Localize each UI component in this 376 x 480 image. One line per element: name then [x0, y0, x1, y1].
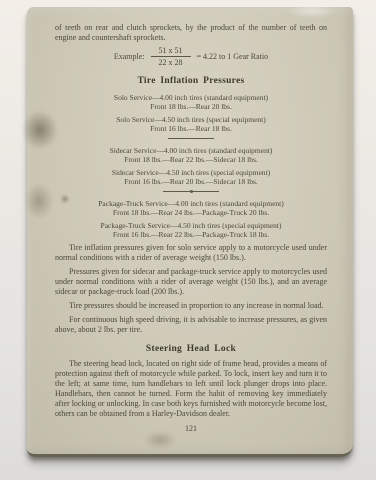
spec-package-truck-special: Package-Truck Service—4.50 inch tires (s…	[55, 221, 327, 239]
example-label: Example:	[114, 52, 145, 61]
gear-ratio-example: Example: 51 x 51 22 x 28 = 4.22 to 1 Gea…	[55, 46, 327, 67]
spec-service-line: Package-Truck Service—4.50 inch tires (s…	[55, 221, 327, 230]
spec-sidecar-special: Sidecar Service—4.50 inch tires (special…	[55, 168, 327, 186]
tire-pressures-heading: Tire Inflation Pressures	[55, 76, 327, 86]
steering-head-lock-paragraph: The steering head lock, located on right…	[55, 359, 327, 419]
solo-pressure-note: Tire inflation pressures given for solo …	[55, 243, 327, 263]
spec-service-line: Package-Truck Service—4.00 inch tires (s…	[55, 199, 327, 208]
section-divider	[163, 191, 219, 192]
example-result: = 4.22 to 1 Gear Ratio	[197, 52, 269, 61]
scanned-manual-page: of teeth on rear and clutch sprockets, b…	[27, 7, 353, 457]
spec-pressure-line: Front 18 lbs.—Rear 20 lbs.	[55, 102, 327, 111]
load-increase-note: Tire pressures should be increased in pr…	[55, 301, 327, 311]
spec-solo-standard: Solo Service—4.00 inch tires (standard e…	[55, 93, 327, 111]
steering-head-lock-heading: Steering Head Lock	[55, 344, 327, 354]
spec-sidecar-standard: Sidecar Service—4.00 inch tires (standar…	[55, 146, 327, 164]
fraction-denominator: 22 x 28	[151, 56, 191, 67]
intro-paragraph: of teeth on rear and clutch sprockets, b…	[55, 23, 327, 43]
spec-pressure-line: Front 16 lbs.—Rear 22 lbs.—Package-Truck…	[55, 230, 327, 239]
spec-service-line: Sidecar Service—4.00 inch tires (standar…	[55, 146, 327, 155]
spec-pressure-line: Front 16 lbs.—Rear 18 lbs.	[55, 124, 327, 133]
spec-solo-special: Solo Service—4.50 inch tires (special eq…	[55, 115, 327, 133]
fraction-numerator: 51 x 51	[151, 46, 191, 56]
paper-highlight	[277, 1, 347, 21]
gear-ratio-fraction: 51 x 51 22 x 28	[151, 46, 191, 67]
spec-service-line: Sidecar Service—4.50 inch tires (special…	[55, 168, 327, 177]
spec-package-truck-standard: Package-Truck Service—4.00 inch tires (s…	[55, 199, 327, 217]
paper-stain	[19, 175, 59, 227]
spec-service-line: Solo Service—4.00 inch tires (standard e…	[55, 93, 327, 102]
spec-pressure-line: Front 16 lbs.—Rear 20 lbs.—Sidecar 18 lb…	[55, 177, 327, 186]
spec-pressure-line: Front 18 lbs.—Rear 22 lbs.—Sidecar 18 lb…	[55, 155, 327, 164]
section-divider	[168, 138, 214, 139]
spec-service-line: Solo Service—4.50 inch tires (special eq…	[55, 115, 327, 124]
high-speed-note: For continuous high speed driving, it is…	[55, 315, 327, 335]
page-number: 121	[55, 424, 327, 433]
sidecar-pressure-note: Pressures given for sidecar and package-…	[55, 267, 327, 297]
spec-pressure-line: Front 18 lbs.—Rear 24 lbs.—Package-Truck…	[55, 208, 327, 217]
